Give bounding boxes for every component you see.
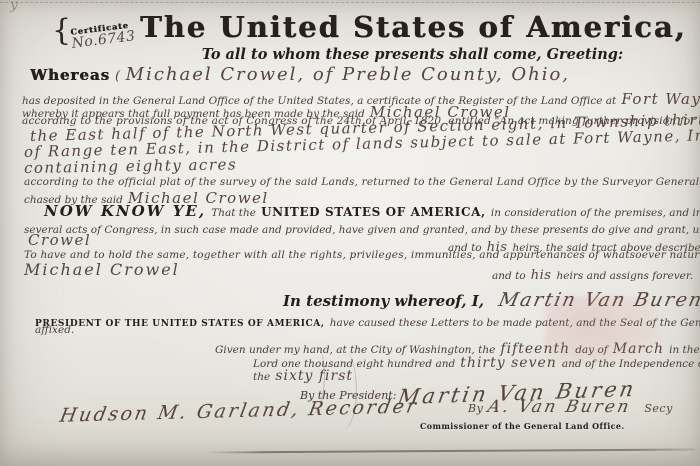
grantee-last-handwritten: Crowel	[28, 231, 91, 249]
commissioner-label: Commissioner of the General Land Office.	[420, 421, 625, 431]
document-title: The United States of America,	[140, 10, 685, 44]
faint-seal-stamp	[545, 296, 660, 366]
heirs-text-2: heirs and assigns forever.	[557, 270, 694, 282]
affixed-line: affixed.	[35, 324, 74, 336]
in-testimony-text: In testimony whereof, I,	[283, 292, 484, 310]
usa-caps-text: UNITED STATES OF AMERICA,	[261, 205, 486, 219]
certificate-number-block: {CertificateNo.6743	[52, 16, 135, 47]
secretary-signature: A. Van Buren	[486, 397, 633, 417]
salutation: To all to whom these presents shall come…	[140, 46, 685, 63]
top-edge-dashed-line	[0, 2, 700, 3]
year-handwritten: thirty seven	[460, 355, 556, 371]
grantee-name-handwritten: Michael Crowel, of Preble County, Ohio,	[126, 64, 570, 85]
corner-ink-flourish: y	[10, 0, 18, 13]
grantee-name-2-handwritten: Michael Crowel	[24, 260, 180, 279]
by-word-handwritten: By	[468, 402, 483, 415]
certificate-brace: {	[52, 13, 71, 48]
land-office-handwritten: Fort Wayne	[621, 90, 700, 108]
land-patent-document: y {CertificateNo.6743 The United States …	[0, 0, 700, 466]
president-caps-text: PRESIDENT OF THE UNITED STATES OF AMERIC…	[35, 319, 325, 329]
his-handwritten-2: his	[531, 268, 552, 283]
heirs-clause-2: and to his heirs and assigns forever.	[492, 264, 693, 283]
survey-plat-line: according to the official plat of the su…	[24, 176, 700, 188]
whereas-label: Whereas	[30, 66, 110, 84]
secy-abbrev-handwritten: Secy	[644, 402, 672, 415]
recorder-signature: Hudson M. Garland, Recorder	[58, 395, 420, 426]
secretary-signature-line: By A. Van Buren Secy	[468, 397, 673, 417]
bottom-rule-line	[205, 449, 695, 454]
tract-line-3: containing eighty acres	[24, 155, 237, 177]
whereas-line: Whereas ( Michael Crowel, of Preble Coun…	[30, 64, 570, 85]
whereas-paren: (	[115, 69, 121, 84]
and-to-text-2: and to	[492, 270, 526, 282]
the-text: the	[253, 371, 270, 383]
several-acts-text: several acts of Congress, in such case m…	[24, 224, 700, 236]
several-acts-line: several acts of Congress, in such case m…	[24, 218, 700, 237]
